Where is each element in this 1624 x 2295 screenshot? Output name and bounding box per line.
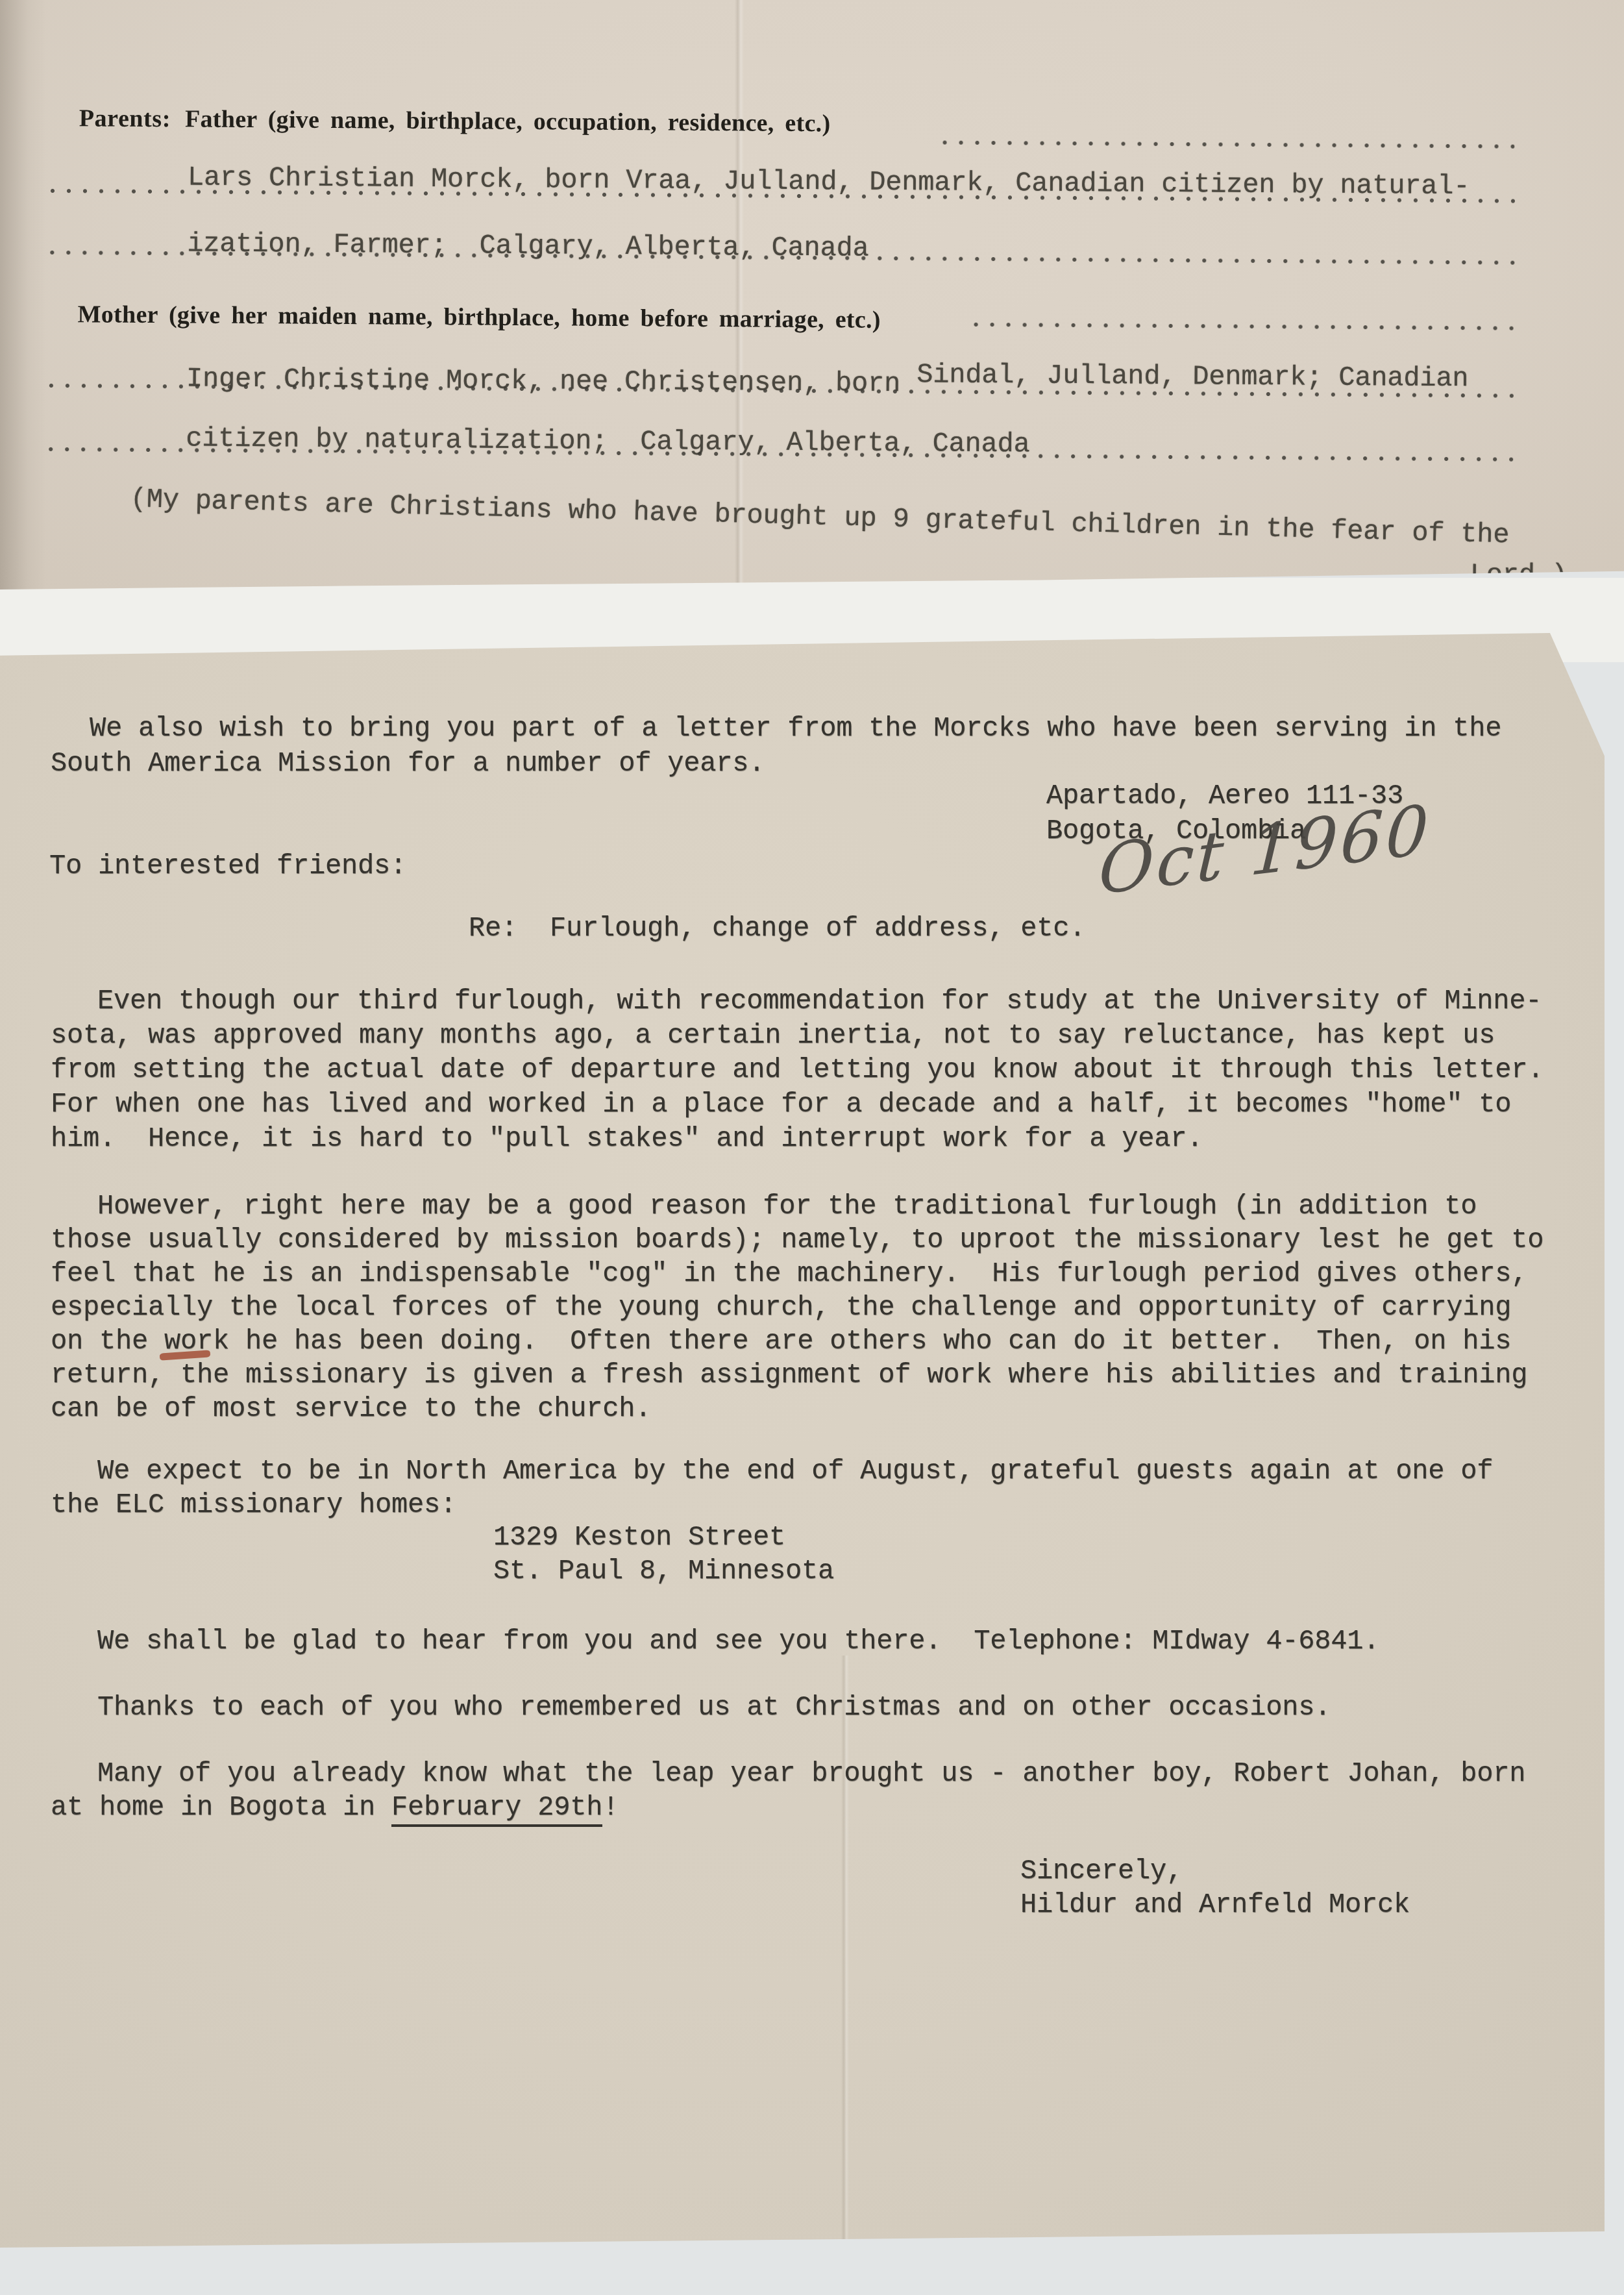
scanned-document: Parents:Father (give name, birthplace, o… [0, 0, 1624, 2295]
underlined-date: February 29th [391, 1792, 602, 1827]
vertical-crease [841, 1656, 849, 2240]
father-label-text: Father (give name, birthplace, occupatio… [185, 105, 831, 137]
para2-line: on the work he has been doing. Often the… [51, 1326, 1511, 1357]
para1-line: him. Hence, it is hard to "pull stakes" … [51, 1123, 1203, 1154]
mother-value-line-1: Inger Christine Morck, nee Christensen, … [186, 363, 1469, 403]
para2-line: those usually considered by mission boar… [51, 1224, 1544, 1256]
para2-line: especially the local forces of the young… [51, 1292, 1511, 1323]
mother-value-line-1-raised: Sindal, Julland, Denmark; Canadian [917, 359, 1468, 394]
para1-line: Even though our third furlough, with rec… [97, 986, 1542, 1017]
para6-line-2-end: ! [602, 1792, 619, 1823]
mother-value-line-1-main: Inger Christine Morck, nee Christensen, … [186, 363, 917, 399]
signature: Hildur and Arnfeld Morck [1020, 1889, 1410, 1920]
salutation: To interested friends: [49, 850, 406, 882]
mother-field-label: Mother (give her maiden name, birthplace… [78, 300, 881, 334]
parents-form-paper: Parents:Father (give name, birthplace, o… [0, 0, 1624, 589]
para6-line-2-pre: at home in Bogota in [51, 1792, 391, 1823]
para4-line: We shall be glad to hear from you and se… [97, 1626, 1379, 1657]
para1-line: For when one has lived and worked in a p… [51, 1089, 1511, 1120]
para2-line: return, the missionary is given a fresh … [51, 1359, 1527, 1391]
para2-line: However, right here may be a good reason… [97, 1191, 1477, 1222]
furlough-address-line-1: 1329 Keston Street [493, 1522, 785, 1553]
para5-line: Thanks to each of you who remembered us … [97, 1692, 1331, 1723]
para6-line-2: at home in Bogota in February 29th! [51, 1792, 619, 1823]
mission-letter-paper: We also wish to bring you part of a lett… [0, 630, 1605, 2248]
dotted-leader [974, 322, 1515, 331]
para6-line-1: Many of you already know what the leap y… [97, 1758, 1525, 1789]
parents-prefix: Parents: [79, 105, 171, 132]
para2-line: can be of most service to the church. [51, 1393, 651, 1424]
furlough-address-line-2: St. Paul 8, Minnesota [493, 1556, 834, 1587]
letter-intro-line-1: We also wish to bring you part of a lett… [90, 713, 1501, 744]
form-content: Parents:Father (give name, birthplace, o… [0, 0, 1624, 601]
subject-line: Re: Furlough, change of address, etc. [469, 913, 1085, 944]
para1-line: sota, was approved many months ago, a ce… [51, 1020, 1495, 1051]
para3-line-1: We expect to be in North America by the … [97, 1456, 1493, 1487]
father-field-label: Parents:Father (give name, birthplace, o… [79, 104, 831, 138]
para1-line: from setting the actual date of departur… [51, 1054, 1544, 1085]
parents-note-line-1: (My parents are Christians who have brou… [130, 484, 1510, 551]
para2-line: feel that he is an indispensable "cog" i… [51, 1258, 1527, 1289]
letter-intro-line-2: South America Mission for a number of ye… [51, 748, 765, 779]
dotted-leader [942, 140, 1515, 149]
para3-line-2: the ELC missionary homes: [51, 1489, 456, 1520]
closing: Sincerely, [1020, 1855, 1183, 1887]
